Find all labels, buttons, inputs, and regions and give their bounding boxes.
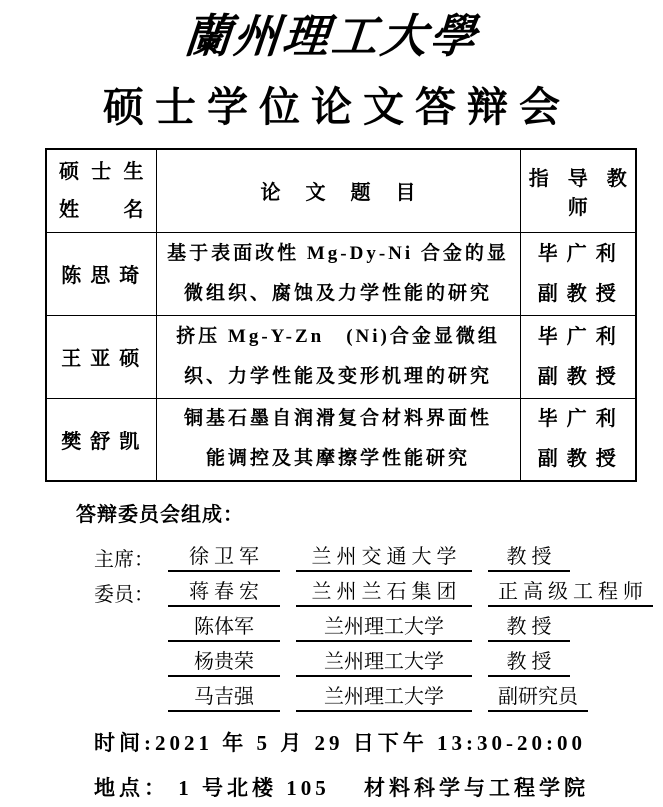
thesis-line2: 能调控及其摩擦学性能研究 — [157, 439, 520, 479]
advisor-title: 副 教 授 — [521, 439, 636, 479]
committee-member-org: 兰 州 交 通 大 学 — [296, 540, 472, 572]
committee-member-title: 教 授 — [488, 610, 570, 642]
header-advisor: 指 导 教 师 — [520, 149, 636, 232]
committee-member-org: 兰 州 兰 石 集 团 — [296, 575, 472, 607]
thesis-title-cell: 铜基石墨自润滑复合材料界面性 能调控及其摩擦学性能研究 — [156, 398, 520, 481]
header-student-name: 硕 士 生 姓 名 — [46, 149, 156, 232]
committee-member-org: 兰州理工大学 — [296, 645, 472, 677]
advisor-cell: 毕 广 利 副 教 授 — [520, 315, 636, 398]
thesis-line1: 挤压 Mg-Y-Zn (Ni)合金显微组 — [157, 317, 520, 357]
header-thesis-title: 论 文 题 目 — [156, 149, 520, 232]
committee-role-label: 委员： — [94, 578, 168, 607]
committee-member-name: 蒋 春 宏 — [168, 575, 280, 607]
announcement-page: 蘭州理工大學 硕士学位论文答辩会 硕 士 生 姓 名 论 文 题 目 指 导 教… — [0, 0, 663, 807]
thesis-line1: 铜基石墨自润滑复合材料界面性 — [157, 399, 520, 439]
committee-row: 陈体军 兰州理工大学 教 授 — [94, 607, 663, 642]
student-name: 樊 舒 凯 — [47, 425, 156, 454]
table-row: 樊 舒 凯 铜基石墨自润滑复合材料界面性 能调控及其摩擦学性能研究 毕 广 利 … — [46, 398, 636, 481]
committee-member-title: 教 授 — [488, 645, 570, 677]
committee-row: 主席： 徐 卫 军 兰 州 交 通 大 学 教 授 — [94, 537, 663, 572]
table-header-row: 硕 士 生 姓 名 论 文 题 目 指 导 教 师 — [46, 149, 636, 232]
committee-member-org: 兰州理工大学 — [296, 680, 472, 712]
advisor-cell: 毕 广 利 副 教 授 — [520, 398, 636, 481]
thesis-title-cell: 挤压 Mg-Y-Zn (Ni)合金显微组 织、力学性能及变形机理的研究 — [156, 315, 520, 398]
committee-member-title: 副研究员 — [488, 680, 588, 712]
committee-row: 马吉强 兰州理工大学 副研究员 — [94, 677, 663, 712]
thesis-line1: 基于表面改性 Mg-Dy-Ni 合金的显 — [157, 234, 520, 274]
advisor-title: 副 教 授 — [521, 357, 636, 397]
header-advisor-label: 指 导 教 师 — [521, 162, 636, 220]
committee-row: 委员： 蒋 春 宏 兰 州 兰 石 集 团 正 高 级 工 程 师 — [94, 572, 663, 607]
committee-member-name: 徐 卫 军 — [168, 540, 280, 572]
student-name-cell: 樊 舒 凯 — [46, 398, 156, 481]
student-name: 王 亚 硕 — [47, 342, 156, 371]
thesis-line2: 织、力学性能及变形机理的研究 — [157, 357, 520, 397]
committee-member-title: 正 高 级 工 程 师 — [488, 575, 653, 607]
committee-member-org: 兰州理工大学 — [296, 610, 472, 642]
advisor-name: 毕 广 利 — [521, 234, 636, 274]
header-student-line1: 硕 士 生 — [47, 153, 156, 191]
committee-member-name: 马吉强 — [168, 680, 280, 712]
thesis-line2: 微组织、腐蚀及力学性能的研究 — [157, 274, 520, 314]
page-title: 硕士学位论文答辩会 — [0, 80, 663, 134]
table-row: 王 亚 硕 挤压 Mg-Y-Zn (Ni)合金显微组 织、力学性能及变形机理的研… — [46, 315, 636, 398]
student-name-cell: 王 亚 硕 — [46, 315, 156, 398]
defense-time: 时间:2021 年 5 月 29 日下午 13:30-20:00 — [94, 729, 663, 757]
advisor-name: 毕 广 利 — [521, 399, 636, 439]
defense-location: 地点： 1 号北楼 105 材料科学与工程学院 — [94, 774, 663, 802]
student-name: 陈 思 琦 — [47, 259, 156, 288]
committee-list: 主席： 徐 卫 军 兰 州 交 通 大 学 教 授 委员： 蒋 春 宏 兰 州 … — [94, 537, 663, 712]
advisor-cell: 毕 广 利 副 教 授 — [520, 232, 636, 315]
header-student-line2: 姓 名 — [47, 191, 156, 229]
defense-schedule-table: 硕 士 生 姓 名 论 文 题 目 指 导 教 师 陈 思 琦 基于表面改性 M… — [45, 148, 637, 482]
thesis-title-cell: 基于表面改性 Mg-Dy-Ni 合金的显 微组织、腐蚀及力学性能的研究 — [156, 232, 520, 315]
table-row: 陈 思 琦 基于表面改性 Mg-Dy-Ni 合金的显 微组织、腐蚀及力学性能的研… — [46, 232, 636, 315]
committee-member-title: 教 授 — [488, 540, 570, 572]
committee-member-name: 杨贵荣 — [168, 645, 280, 677]
advisor-title: 副 教 授 — [521, 274, 636, 314]
university-logo: 蘭州理工大學 — [0, 6, 663, 68]
header-thesis-label: 论 文 题 目 — [157, 176, 520, 205]
committee-member-name: 陈体军 — [168, 610, 280, 642]
committee-row: 杨贵荣 兰州理工大学 教 授 — [94, 642, 663, 677]
committee-role-label: 主席： — [94, 543, 168, 572]
advisor-name: 毕 广 利 — [521, 317, 636, 357]
student-name-cell: 陈 思 琦 — [46, 232, 156, 315]
committee-heading: 答辩委员会组成： — [76, 498, 663, 527]
